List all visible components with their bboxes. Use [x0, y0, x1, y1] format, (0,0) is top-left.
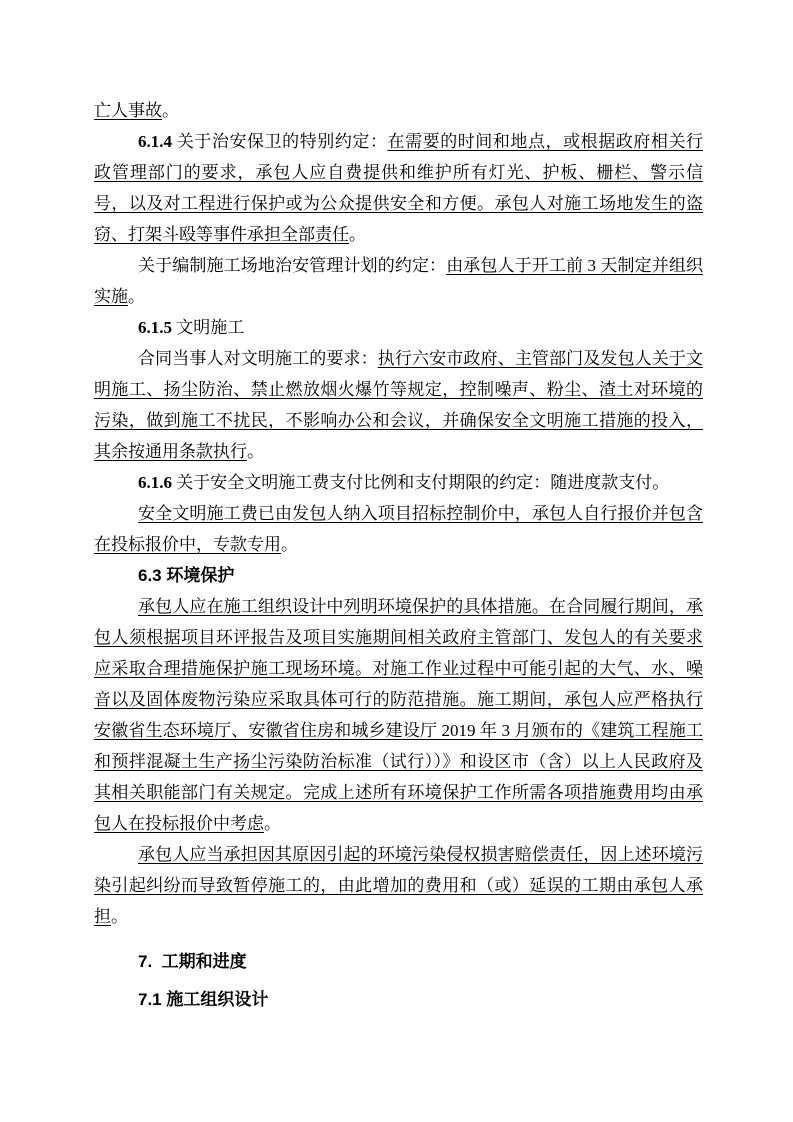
clause-number: 6.3 环境保护 [138, 566, 234, 585]
heading-7-duration-and-progress: 7. 工期和进度 [94, 946, 703, 977]
text-segment: 。 [281, 535, 298, 554]
text-segment: 。 [111, 907, 128, 926]
text-segment: 关于治安保卫的特别约定： [177, 132, 388, 151]
clause-number: 7.1 施工组织设计 [138, 990, 268, 1009]
clause-number: 6.1.6 [138, 473, 176, 492]
underlined-text: 承包人应当承担因其原因引起的环境污染侵权损害赔偿责任，因上述环境污染引起纠纷而导… [94, 845, 703, 926]
para-civilized-construction: 合同当事人对文明施工的要求：执行六安市政府、主管部门及发包人关于文明施工、扬尘防… [94, 343, 703, 467]
heading-7-1-construction-organization-design: 7.1 施工组织设计 [94, 984, 703, 1015]
heading-6-3-environment-protection: 6.3 环境保护 [94, 560, 703, 591]
underlined-text: 承包人应在施工组织设计中列明环境保护的具体措施。在合同履行期间，承包人须根据项目… [94, 597, 703, 833]
text-segment: 合同当事人对文明施工的要求： [138, 349, 378, 368]
document-body: 亡人事故。6.1.4 关于治安保卫的特别约定：在需要的时间和地点，或根据政府相关… [94, 95, 703, 1015]
text-segment: 。 [128, 287, 145, 306]
document-page: 亡人事故。6.1.4 关于治安保卫的特别约定：在需要的时间和地点，或根据政府相关… [0, 0, 793, 1122]
underlined-text: 亡人事故 [94, 101, 162, 120]
para-fatal-accident-tail: 亡人事故。 [94, 95, 703, 126]
clause-number: 7. 工期和进度 [138, 952, 247, 971]
para-environment-measures: 承包人应在施工组织设计中列明环境保护的具体措施。在合同履行期间，承包人须根据项目… [94, 591, 703, 839]
text-segment: 。 [349, 225, 366, 244]
clause-number: 6.1.5 [138, 318, 176, 337]
text-segment: 文明施工 [176, 318, 244, 337]
clause-6-1-6: 6.1.6 关于安全文明施工费支付比例和支付期限的约定：随进度款支付。 [94, 467, 703, 498]
clause-6-1-4: 6.1.4 关于治安保卫的特别约定：在需要的时间和地点，或根据政府相关行政管理部… [94, 126, 703, 250]
text-segment: 关于安全文明施工费支付比例和支付期限的约定：随进度款支付。 [176, 473, 669, 492]
clause-number: 6.1.4 [138, 132, 177, 151]
clause-6-1-5: 6.1.5 文明施工 [94, 312, 703, 343]
text-segment: 关于编制施工场地治安管理计划的约定： [138, 256, 446, 275]
text-segment: 。 [264, 814, 281, 833]
text-segment: 。 [162, 101, 179, 120]
para-security-management-plan: 关于编制施工场地治安管理计划的约定：由承包人于开工前 3 天制定并组织实施。 [94, 250, 703, 312]
underlined-text: 安全文明施工费已由发包人纳入项目招标控制价中，承包人自行报价并包含在投标报价中，… [94, 504, 703, 554]
text-segment: 。 [247, 442, 264, 461]
para-pollution-liability: 承包人应当承担因其原因引起的环境污染侵权损害赔偿责任，因上述环境污染引起纠纷而导… [94, 839, 703, 932]
para-safety-civilization-fee: 安全文明施工费已由发包人纳入项目招标控制价中，承包人自行报价并包含在投标报价中，… [94, 498, 703, 560]
